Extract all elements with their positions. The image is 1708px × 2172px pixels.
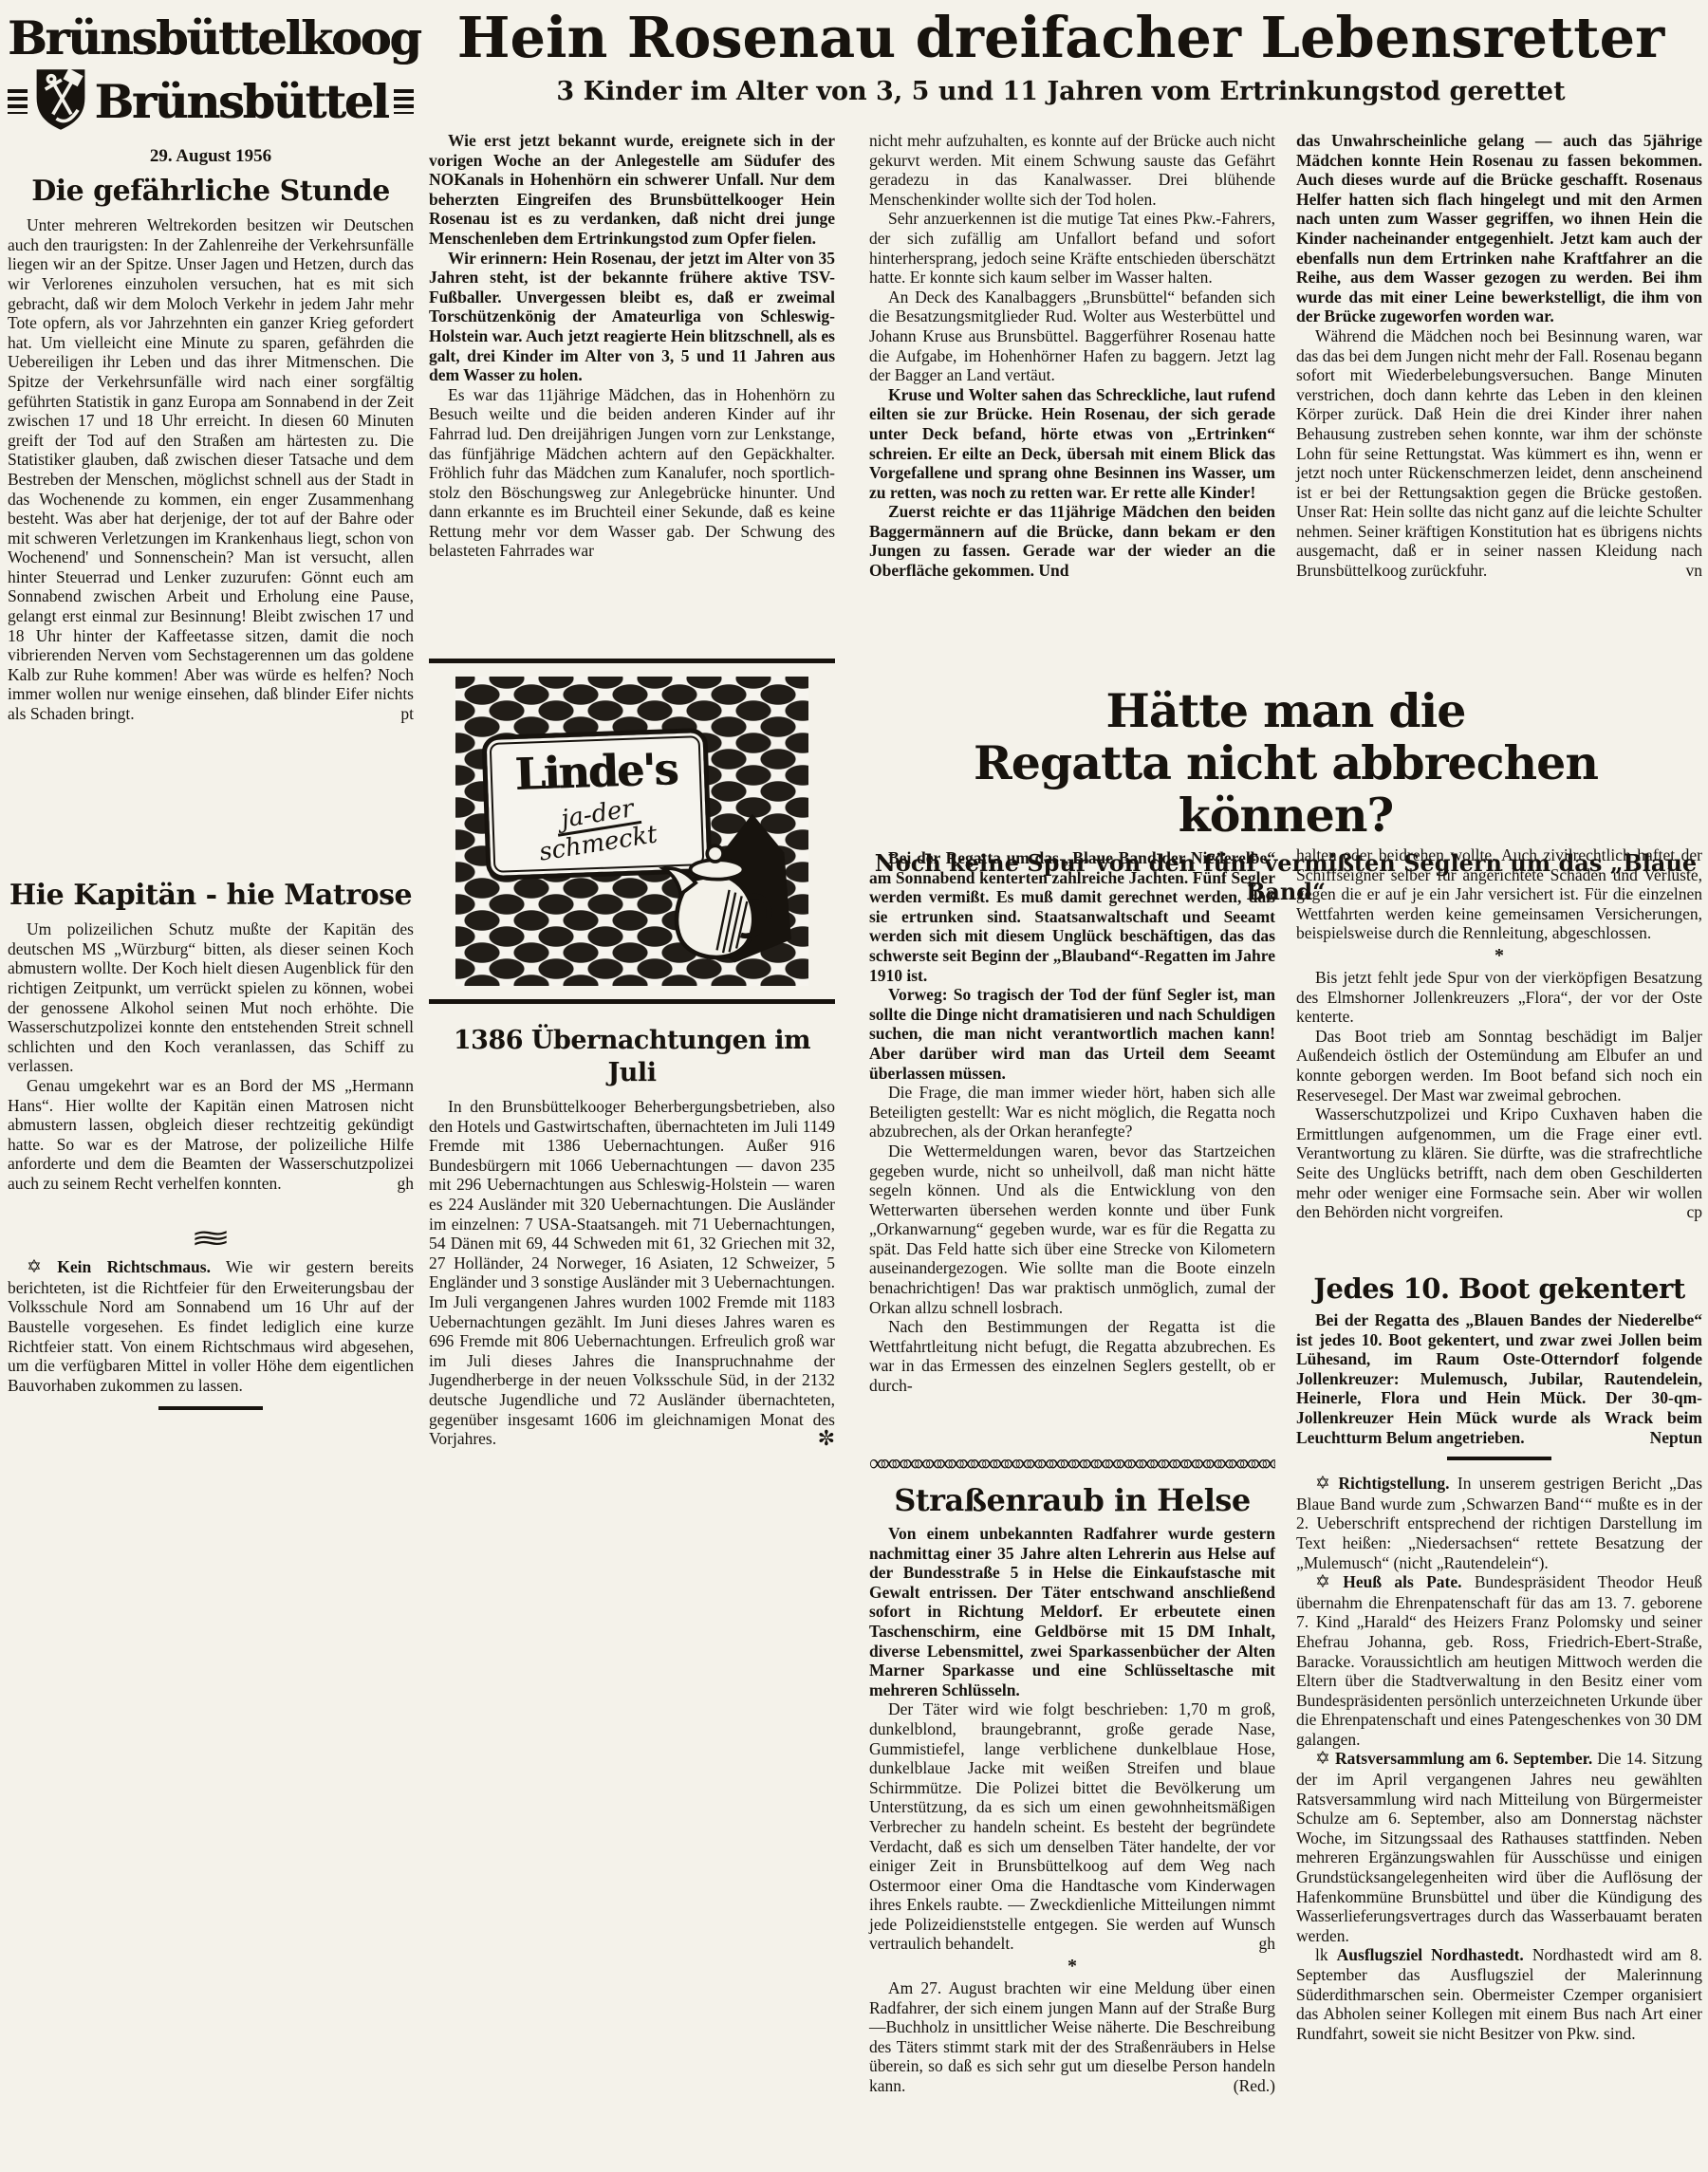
paragraph: halten oder beidrehen wollte. Auch zivil…: [1296, 845, 1702, 943]
brief-lead: Ausflugsziel Nordhastedt.: [1337, 1945, 1524, 1964]
column-2: Wie erst jetzt bekannt wurde, ereignete …: [429, 131, 835, 1449]
brief-lead: Kein Richtschmaus.: [57, 1257, 211, 1276]
speedlines-left: [8, 89, 28, 114]
brief-heuss-als-pate: ✡ Heuß als Pate. Bundespräsident Theodor…: [1296, 1572, 1702, 1749]
author-sig: (Red.): [1220, 2076, 1275, 2096]
paragraph: Es war das 11jährige Mädchen, das in Hoh…: [429, 385, 835, 561]
ad-brand: Linde's: [494, 744, 697, 798]
article-title-gefaehrliche-stunde: Die gefährliche Stunde: [8, 176, 414, 208]
article-text: In den Brunsbüttelkooger Beherbergungsbe…: [429, 1097, 835, 1449]
paragraph: nicht mehr aufzuhalten, es konnte auf de…: [869, 131, 1275, 209]
paragraph: Vorweg: So tragisch der Tod der fünf Seg…: [869, 985, 1275, 1083]
article-title-uebernachtungen: 1386 Übernachtungen im Juli: [429, 1025, 835, 1089]
ad-dot-pattern: Linde's ja-der schmeckt: [455, 677, 808, 986]
regatta-headline-spacer: [1296, 659, 1702, 845]
paragraph-text: Genau umgekehrt war es an Bord der MS „H…: [8, 1076, 414, 1193]
regatta-article-col-left: Bei der Regatta um das „Blaue Band der N…: [869, 848, 1275, 1444]
paragraph: Sehr anzuerkennen ist die mutige Tat ein…: [869, 209, 1275, 287]
brief-lead: Heuß als Pate.: [1343, 1572, 1461, 1591]
paragraph: Nach den Bestimmungen der Regatta ist di…: [869, 1317, 1275, 1395]
paragraph-text: Unter mehreren Weltrekorden besitzen wir…: [8, 215, 414, 723]
author-sig: vn: [1673, 561, 1703, 581]
paragraph: Um polizeilichen Schutz mußte der Kapitä…: [8, 919, 414, 1076]
masthead-row: Brünsbüttel: [8, 66, 414, 138]
article-strassenraub: Von einem unbekannten Radfahrer wurde ge…: [869, 1524, 1275, 2096]
paragraph: Bei der Regatta um das „Blaue Band der N…: [869, 848, 1275, 985]
paragraph: Am 27. August brachten wir eine Meldung …: [869, 1978, 1275, 2096]
paragraph-text: Am 27. August brachten wir eine Meldung …: [869, 1978, 1275, 2095]
paragraph-text: Wasserschutzpolizei und Kripo Cuxhaven h…: [1296, 1105, 1702, 1221]
author-sig: Neptun: [1637, 1428, 1702, 1448]
paragraph: Von einem unbekannten Radfahrer wurde ge…: [869, 1524, 1275, 1699]
paragraph: Wasserschutzpolizei und Kripo Cuxhaven h…: [1296, 1105, 1702, 1222]
brief-text: Wie wir gestern bereits berichteten, ist…: [8, 1257, 414, 1395]
star-separator: *: [869, 1956, 1275, 1977]
paragraph: Genau umgekehrt war es an Bord der MS „H…: [8, 1076, 414, 1194]
article-uebernachtungen: In den Brunsbüttelkooger Beherbergungsbe…: [429, 1097, 835, 1449]
brief-text: Die 14. Sitzung der im April vergangenen…: [1296, 1749, 1702, 1944]
star-icon: ✡: [27, 1257, 42, 1277]
author-sig: cp: [1673, 1202, 1702, 1222]
main-subheadline: 3 Kinder im Alter von 3, 5 und 11 Jahren…: [418, 78, 1704, 106]
article-title-kapitaen-matrose: Hie Kapitän - hie Matrose: [8, 880, 414, 912]
star-icon: ✡: [1315, 1572, 1330, 1592]
wave-divider: ∞∞∞∞∞∞∞∞∞∞∞∞∞∞∞∞∞∞∞∞∞∞∞∞∞∞∞∞∞∞∞∞∞∞∞∞∞∞: [869, 1452, 1275, 1478]
paragraph: Die Wettermeldungen waren, bevor das Sta…: [869, 1142, 1275, 1317]
star-separator: *: [1296, 945, 1702, 966]
brief-text: Bundespräsident Theodor Heuß übernahm di…: [1296, 1572, 1702, 1749]
paragraph: An Deck des Kanalbaggers „Brunsbüttel“ b…: [869, 288, 1275, 385]
paragraph: Bei der Regatta des „Blauen Bandes der N…: [1296, 1310, 1702, 1447]
article-gefaehrliche-stunde: Unter mehreren Weltrekorden besitzen wir…: [8, 215, 414, 870]
main-article-col-b: nicht mehr aufzuhalten, es konnte auf de…: [869, 131, 1275, 662]
paragraph: Kruse und Wolter sahen das Schreckliche,…: [869, 385, 1275, 503]
column-left: Brünsbüttelkoog B: [8, 13, 414, 1410]
author-sig: pt: [387, 704, 414, 724]
masthead: Brünsbüttelkoog B: [8, 13, 414, 166]
brief-richtigstellung: ✡ Richtigstellung. In unserem gestrigen …: [1296, 1474, 1702, 1572]
author-sig: gh: [384, 1174, 415, 1194]
author-sig: gh: [1246, 1934, 1276, 1954]
column-3: nicht mehr aufzuhalten, es konnte auf de…: [869, 131, 1275, 2096]
ad-rule-bottom: [429, 999, 835, 1004]
main-headline-block: Hein Rosenau dreifacher Lebensretter 3 K…: [418, 8, 1704, 106]
article-title-boot-gekentert: Jedes 10. Boot gekentert: [1296, 1272, 1702, 1305]
star-icon: ✡: [1315, 1749, 1330, 1769]
paragraph-text: Der Täter wird wie folgt beschrieben: 1,…: [869, 1699, 1275, 1953]
paragraph: Während die Mädchen noch bei Besinnung w…: [1296, 326, 1702, 581]
section-rule: [1447, 1457, 1551, 1460]
paragraph: Bis jetzt fehlt jede Spur von der vierkö…: [1296, 968, 1702, 1027]
article-kapitaen-matrose: Um polizeilichen Schutz mußte der Kapitä…: [8, 919, 414, 1221]
section-rule: [158, 1406, 263, 1410]
regatta-headline-spacer: [869, 662, 1275, 848]
paragraph: Wie erst jetzt bekannt wurde, ereignete …: [429, 131, 835, 249]
star-icon: ✡: [1315, 1474, 1330, 1494]
regatta-article-col-right: halten oder beidrehen wollte. Auch zivil…: [1296, 845, 1702, 1259]
article-boot-gekentert: Bei der Regatta des „Blauen Bandes der N…: [1296, 1310, 1702, 1447]
masthead-title-line2: Brünsbüttel: [94, 75, 387, 128]
paragraph: Zuerst reichte er das 11jährige Mädchen …: [869, 502, 1275, 580]
paragraph: Die Frage, die man immer wieder hört, ha…: [869, 1083, 1275, 1142]
paragraph: Das Boot trieb am Sonntag beschädigt im …: [1296, 1027, 1702, 1105]
paragraph: das Unwahrscheinliche gelang — auch das …: [1296, 131, 1702, 326]
brief-lead: Ratsversammlung am 6. September.: [1335, 1749, 1592, 1768]
paragraph: Der Täter wird wie folgt beschrieben: 1,…: [869, 1699, 1275, 1954]
brief-ausflugsziel: lk Ausflugsziel Nordhastedt. Nordhastedt…: [1296, 1945, 1702, 2043]
paragraph-text: In den Brunsbüttelkooger Beherbergungsbe…: [429, 1097, 835, 1448]
brief-kein-richtschmaus: ✡ Kein Richtschmaus. Wie wir gestern ber…: [8, 1257, 414, 1395]
paragraph-text: Bei der Regatta des „Blauen Bandes der N…: [1296, 1310, 1702, 1447]
article-text: Unter mehreren Weltrekorden besitzen wir…: [8, 215, 414, 723]
ad-rule-top: [429, 659, 835, 663]
main-article-col-a: Wie erst jetzt bekannt wurde, ereignete …: [429, 131, 835, 655]
brief-prefix: lk: [1315, 1945, 1328, 1964]
brief-ratsversammlung: ✡ Ratsversammlung am 6. September. Die 1…: [1296, 1749, 1702, 1945]
masthead-title-line1: Brünsbüttelkoog: [8, 13, 414, 63]
newspaper-page: { "colors": {"paper": "#f4f2ea", "ink": …: [0, 0, 1708, 2172]
lindes-advertisement: Linde's ja-der schmeckt: [429, 659, 835, 1004]
column-4: das Unwahrscheinliche gelang — auch das …: [1296, 131, 1702, 2043]
speedlines-right: [394, 89, 414, 114]
main-headline: Hein Rosenau dreifacher Lebensretter: [418, 8, 1704, 68]
issue-date: 29. August 1956: [8, 147, 414, 167]
paragraph: Wir erinnern: Hein Rosenau, der jetzt im…: [429, 249, 835, 385]
paragraph-text: Während die Mädchen noch bei Besinnung w…: [1296, 326, 1702, 580]
article-title-strassenraub: Straßenraub in Helse: [869, 1484, 1275, 1516]
brief-lead: Richtigstellung.: [1338, 1474, 1449, 1493]
coffee-pot-icon: [653, 808, 795, 973]
end-star-icon: ✼: [799, 1429, 835, 1448]
shield-anchor-hammer-icon: [33, 66, 88, 138]
main-article-col-c: das Unwahrscheinliche gelang — auch das …: [1296, 131, 1702, 659]
